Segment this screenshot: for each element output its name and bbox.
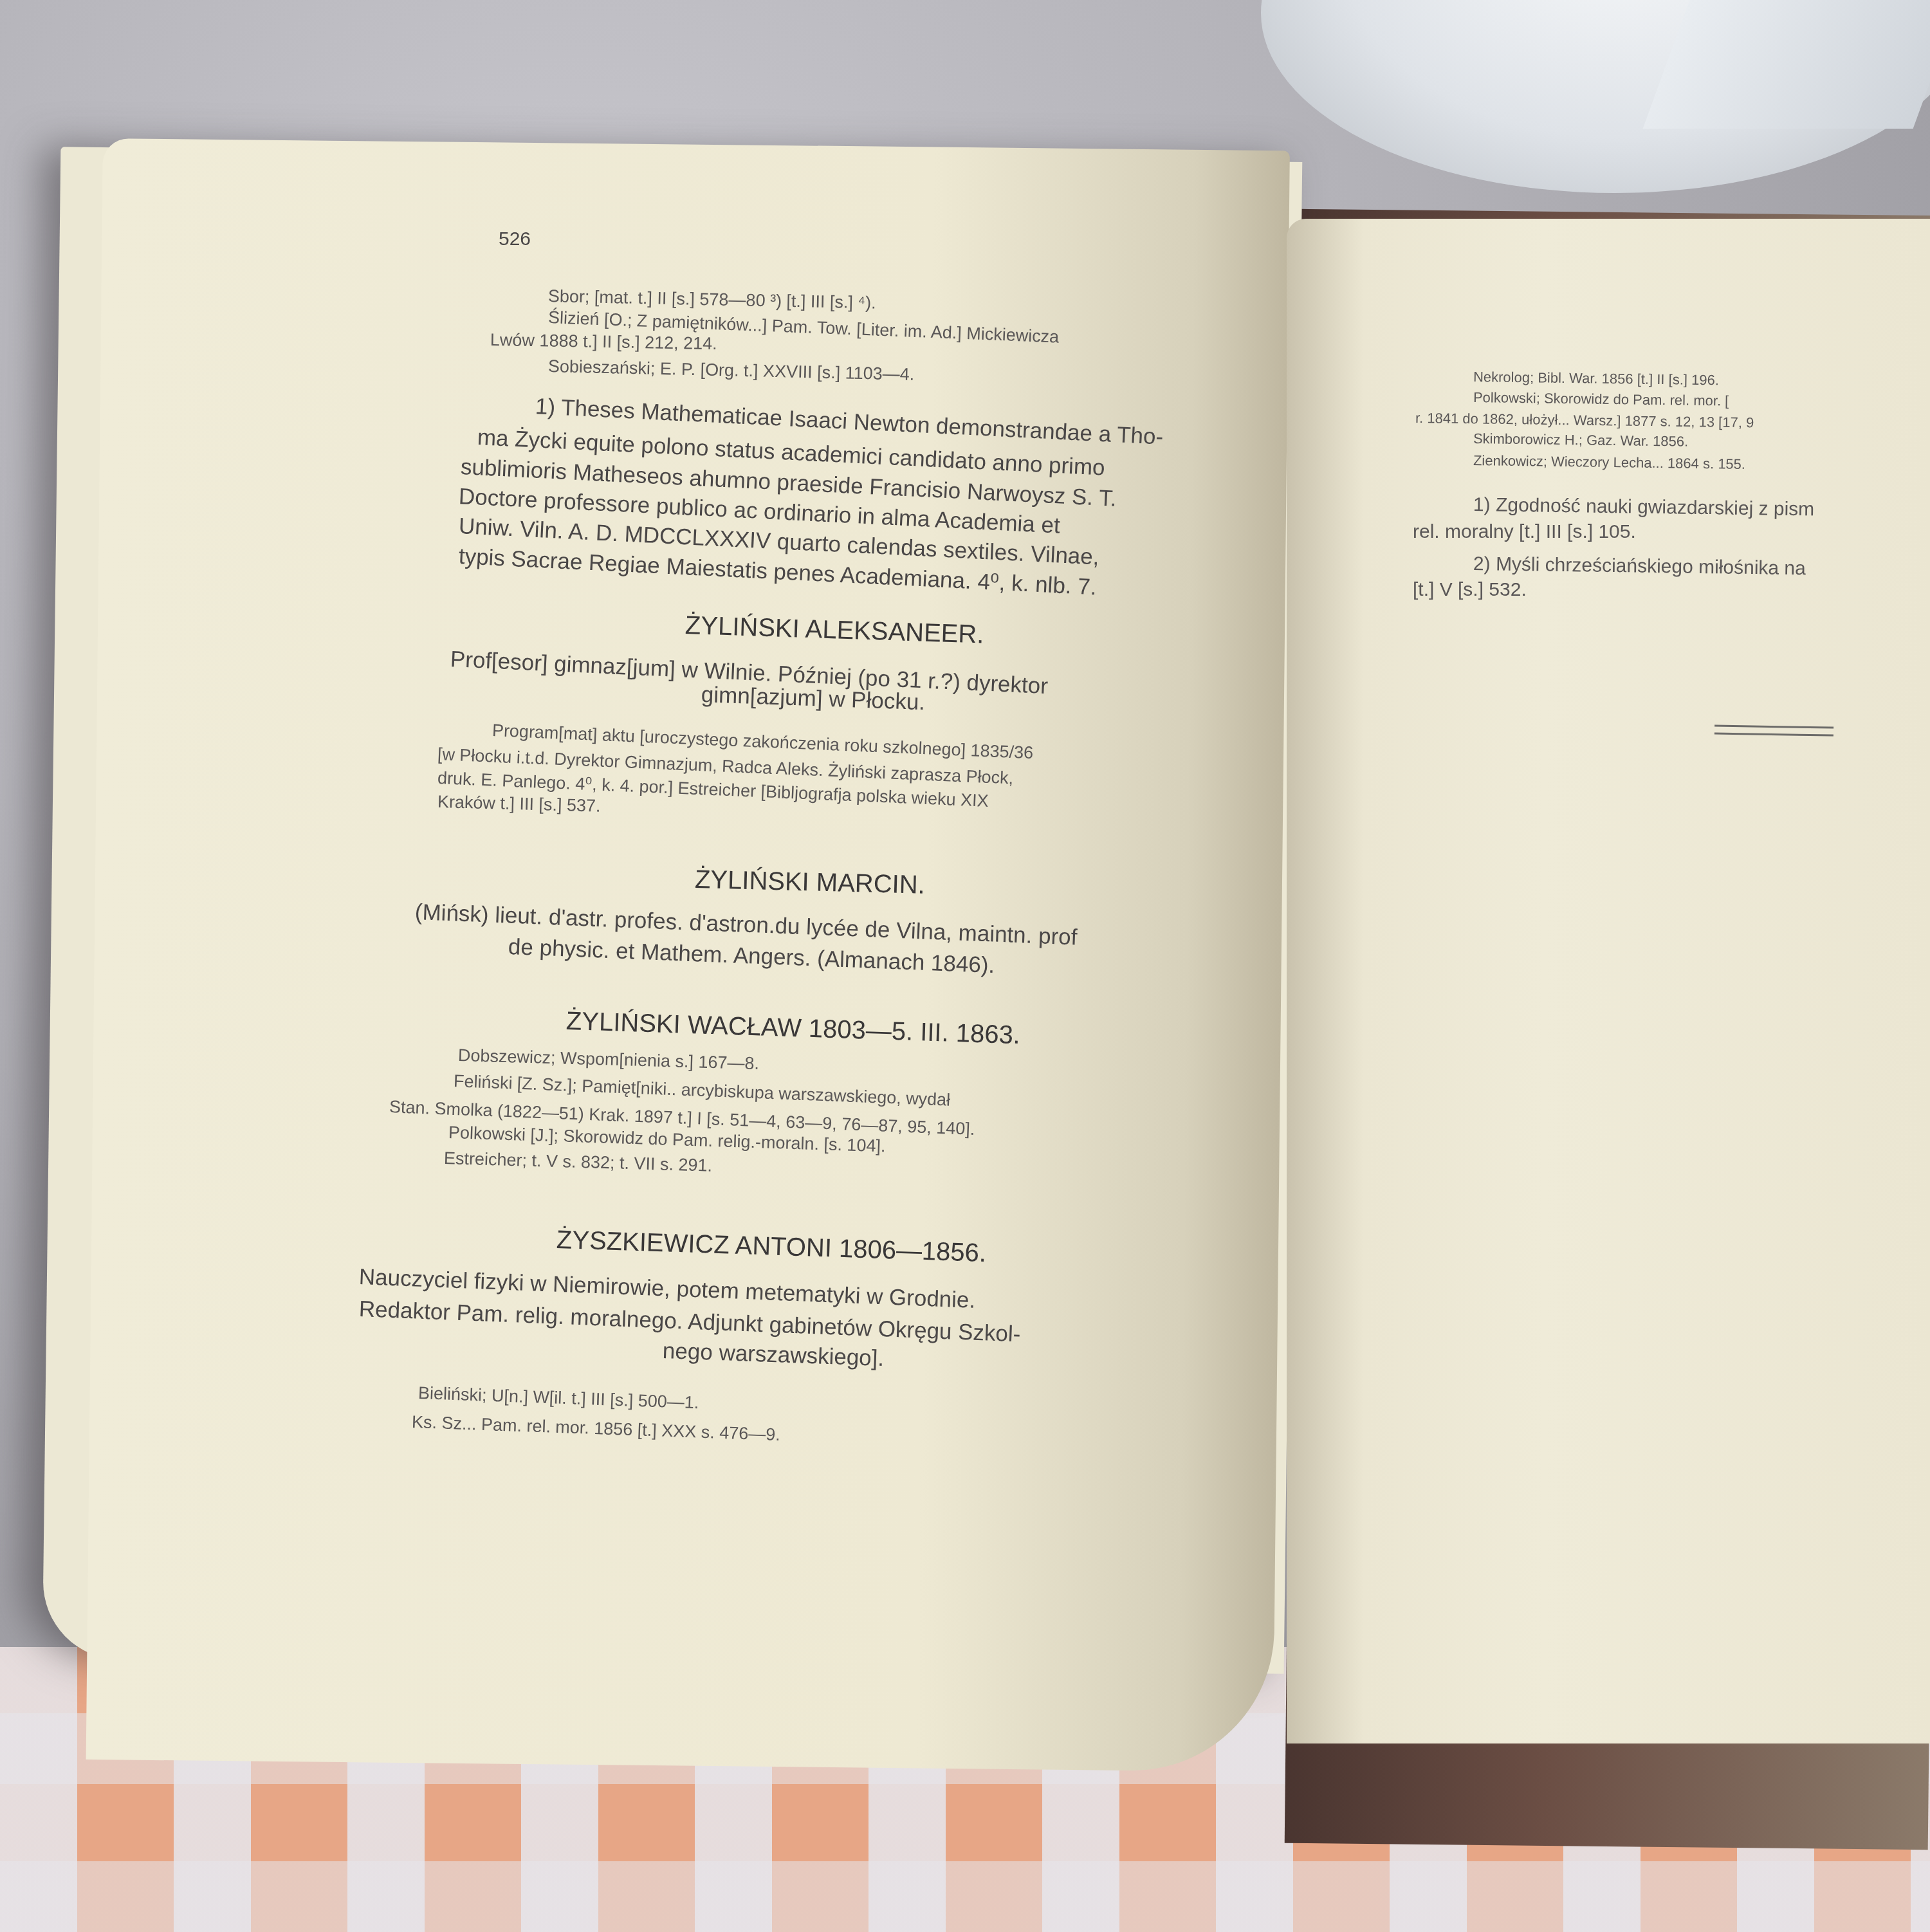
right-ref-line: Polkowski; Skorowidz do Pam. rel. mor. [ [1473, 389, 1729, 410]
right-footnote-line: 2) Myśli chrześciańskiego miłośnika na [1473, 553, 1806, 580]
bowl-highlight [1643, 0, 1930, 129]
right-footnote-line: rel. moralny [t.] III [s.] 105. [1413, 521, 1636, 543]
right-ref-line: Nekrolog; Bibl. War. 1856 [t.] II [s.] 1… [1473, 369, 1719, 389]
page-number: 526 [499, 228, 531, 250]
ref-line: Lwów 1888 t.] II [s.] 212, 214. [490, 330, 717, 354]
section-end-rule [1714, 724, 1833, 736]
entry-heading: ŻYLIŃSKI MARCIN. [694, 865, 925, 900]
right-ref-line: Skimborowicz H.; Gaz. War. 1856. [1473, 430, 1689, 450]
right-footnote-line: [t.] V [s.] 532. [1413, 579, 1527, 601]
entry-ref: Kraków t.] III [s.] 537. [437, 792, 601, 816]
